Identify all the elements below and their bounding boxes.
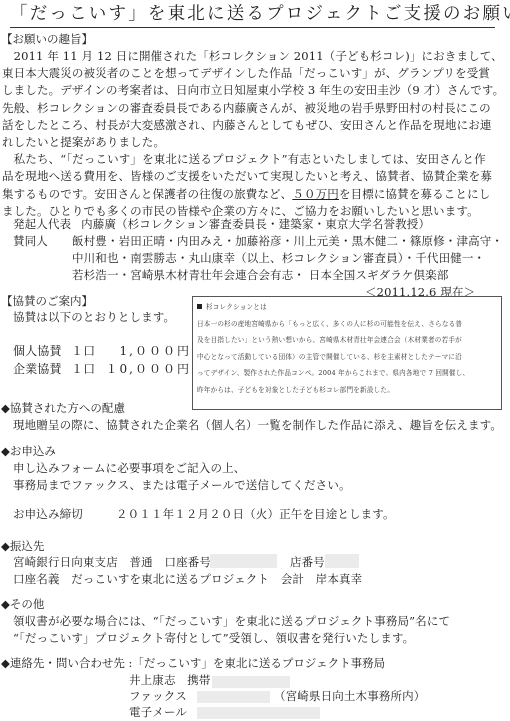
sugi-collection-info-box: 杉コレクションとは 日本一の杉の産地宮崎県から「もっと広く、多くの人に杉の可能性… [192,296,502,410]
text-line: れしたいと提案がありました。 [2,134,504,151]
text-line: しました。デザインの考案者は、日向市立日知屋東小学校 3 年生の安田圭沙（9 才… [2,82,504,99]
application-instructions: 申し込みフォームに必要事項をご記入の上、 事務局までファックス、または電子メール… [13,460,351,494]
text-line: 品を現地へ送る費用を、皆様のご支援をいただいて実現したいと考え、協賛者、協賛企業… [2,168,504,185]
founder-label: 発起人代表 [13,217,71,231]
consideration-heading: ◆協賛された方への配慮 [1,400,125,417]
branch-number-label: 店番号 [290,554,325,571]
document-title: 「だっこいす」を東北に送るプロジェクトご支援のお願い（案） [10,2,495,28]
contact-heading: ◆連絡先・問い合わせ先 :「だっこいす」を東北に送るプロジェクト事務局 [1,655,385,672]
founder-name: 内藤廣（杉コレクション審査委員長・建築家・東京大学名誉教授） [81,217,430,231]
redacted-account-number [210,554,277,568]
text-line: 私たち、“「だっこいす」を東北に送るプロジェクト”有志といたしましては、安田さん… [2,151,504,168]
purpose-para1: 2011 年 11 月 12 日に開催された「杉コレクション 2011（子ども杉… [2,48,504,220]
sponsorship-tiers: 個人協賛１口1,０００円 企業協賛１口１0,０００円 [13,343,191,378]
text-line: 東日本大震災の被災者のことを想ってデザインした作品「だっこいす」が、グランプリを… [2,65,504,82]
founder-row: 発起人代表 内藤廣（杉コレクション審査委員長・建築家・東京大学名誉教授） [13,216,430,233]
sponsorship-intro: 協賛は以下のとおりとします。 [13,309,175,326]
deadline-value: ２０１１年１２月２０日（火）正午を目途とします。 [116,506,395,523]
sponsorship-heading: 【協賛のご案内】 [1,293,93,310]
other-heading: ◆その他 [1,596,44,613]
transfer-heading: ◆振込先 [1,538,44,555]
square-bullet-icon [197,304,202,309]
text-line: 2011 年 11 月 12 日に開催された「杉コレクション 2011（子ども杉… [2,48,504,65]
redacted-mobile [212,676,290,688]
funding-goal: ５０万円 [292,187,339,201]
consideration-text: 現地贈呈の際に、協賛された企業名（個人名）一覧を制作した作品に添え、趣旨を伝えま… [13,417,502,434]
supporters-label: 賛同人 [13,233,48,250]
deadline-label: お申込み締切 [13,506,83,523]
account-holder: 口座名義 だっこいすを東北に送るプロジェクト 会計 岸本真幸 [13,571,362,588]
text-line: 集するものです。安田さんと保護者の往復の旅費など、５０万円を目標に協賛を募ること… [2,186,504,203]
mobile-label: 井上康志 携帯 [129,672,211,689]
supporters-list: 飯村豊・岩田正晴・内田みえ・加藤裕彦・川上元美・黒木健二・篠原修・津高守・ 中川… [72,233,503,285]
text-line: 話をしたところ、村長が大変感激され、内藤さんとしてもぜひ、安田さんと作品を現地に… [2,117,504,134]
application-heading: ◆お申込み [1,443,56,460]
bank-info: 宮崎銀行日向東支店 普通 口座番号 [13,554,211,571]
redacted-branch-number [325,554,359,568]
email-label: 電子メール [129,704,187,721]
text-line: 先般、杉コレクションの審査委員長である内藤廣さんが、被災地の岩手県野田村の村長に… [2,100,504,117]
fax-label: ファックス [129,688,187,705]
fax-note: （宮崎県日向土木事務所内） [274,688,425,705]
tier-row: 企業協賛１口１0,０００円 [13,361,191,379]
purpose-heading: 【お願いの趣旨】 [1,31,93,48]
receipt-info: 領収書が必要な場合には、“「だっこいす」を東北に送るプロジェクト事務局”名にて … [13,613,450,647]
redacted-fax [197,691,270,703]
tier-row: 個人協賛１口1,０００円 [13,343,191,361]
redacted-email [197,707,320,719]
